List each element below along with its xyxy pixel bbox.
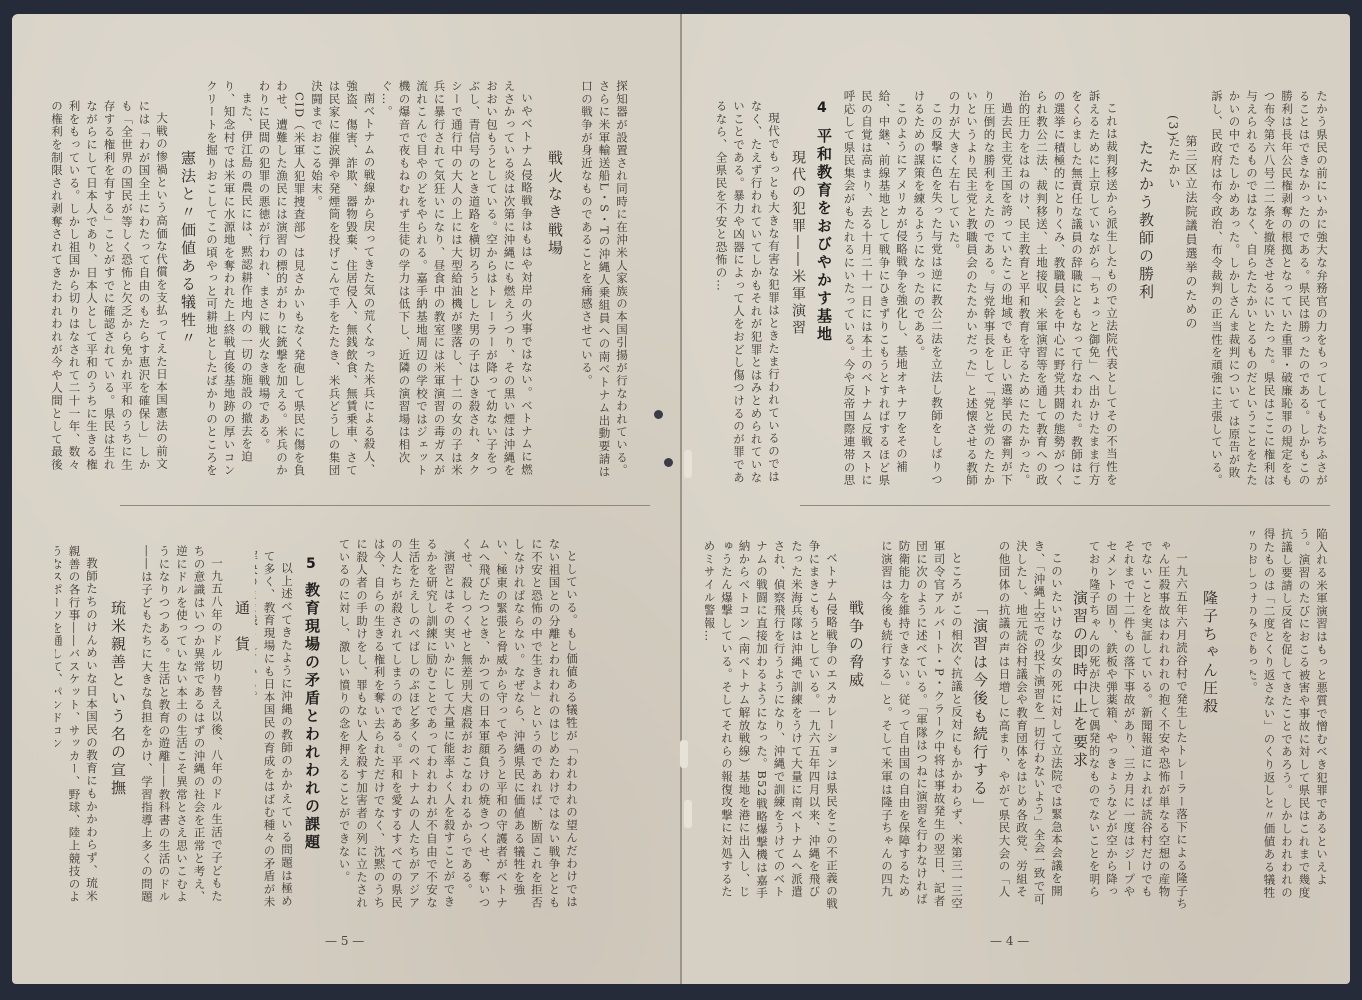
heading-war-threat: 戦争の脅威 <box>846 600 867 690</box>
section-divider <box>120 505 650 506</box>
heading-section-4: 平和教育をおびやかす基地 <box>814 128 835 344</box>
heading-continue-exercise: 「演習は今後も続行する」 <box>970 600 991 816</box>
paragraph: 一九五八年のドル切り替え以後、八年のドル生活で子どもたちの意識はいつか異常である… <box>135 545 225 910</box>
binding-tear <box>684 450 692 478</box>
propaganda-body: 教師たちのけんめいな日本国民の教育にもかかわらず、琉米親善の各行事――バスケット… <box>55 545 100 910</box>
page-number-5: — 5 — <box>325 934 364 948</box>
section-number-5: 5 <box>306 556 316 572</box>
page-number-4: — 4 — <box>990 934 1029 948</box>
heading-teacher-victory: たたかう教師の勝利 <box>1136 140 1157 302</box>
paragraph: 以上述べてきたように沖縄の教師のかかえている問題は極めて多く、教育現場にも日本国… <box>255 550 295 910</box>
paragraph: としている。もし価値ある犠牲が「われわれの望んだわけではない祖国との分離とわれわ… <box>458 538 581 913</box>
page5-bottom-body: としている。もし価値ある犠牲が「われわれの望んだわけではない祖国との分離とわれわ… <box>340 538 580 913</box>
heading-demand-stop: 演習の即時中止を要求 <box>1070 590 1091 770</box>
paragraph: このようにアメリカが侵略戦争を強化し、基地オキナワをその補給、中継、前線基地とし… <box>840 90 910 490</box>
takako-body: 一九六五年六月読谷村で発生したトレーラー落下による隆子ちゃん圧殺事故はわれわれの… <box>1090 540 1190 910</box>
paragraph: 現代でもっとも大きな有害な犯罪はときたま行われているのではなく、たえず行われてい… <box>712 100 782 490</box>
demand-body: このいたいけな少女の死に対して立法院では緊急本会議を開き、「沖縄上空での投下演習… <box>995 540 1065 910</box>
paragraph: また、伊江島の農民には、黙認耕作地内の一切の施設の撤去を迫り、知念村では米軍に水… <box>205 80 255 480</box>
binding-spine <box>680 14 682 984</box>
paragraph: ベトナム侵略戦争のエスカレーションは県民をこの不正義の戦争にまきこもうとしている… <box>705 540 840 910</box>
heading-takako: 隆子ちゃん圧殺 <box>1200 590 1221 716</box>
binding-tear <box>680 740 688 768</box>
constitution-body: 大戦の惨禍という高価な代償を支払ってえた日本国憲法の前文には「わが国全土にわたっ… <box>50 100 170 480</box>
binding-hole <box>654 410 663 419</box>
heading-constitution: 憲法と〃価値ある犠牲〃 <box>178 150 199 348</box>
section-5-body: 以上述べてきたように沖縄の教師のかかえている問題は極めて多く、教育現場にも日本国… <box>255 550 295 910</box>
heading-currency: 通 貨 <box>232 600 253 654</box>
paragraph: このいたいけな少女の死に対して立法院では緊急本会議を開き、「沖縄上空での投下演習… <box>995 540 1065 910</box>
binding-tear <box>684 800 692 828</box>
paragraph: 大戦の惨禍という高価な代償を支払ってえた日本国憲法の前文には「わが国全土にわたっ… <box>50 100 170 480</box>
paragraph: いやベトナム侵略戦争はもはや対岸の火事ではない。ベトナムに燃えさかっている炎は次… <box>378 80 536 480</box>
subsection-subtitle: 第三区立法院議員選挙のためのたたかい <box>1166 135 1200 335</box>
threat-body: ベトナム侵略戦争のエスカレーションは県民をこの不正義の戦争にまきこもうとしている… <box>705 540 840 910</box>
heading-propaganda: 琉米親善という名の宣撫 <box>108 600 129 798</box>
page5-intro-text: 探知器が設置され同時に在沖米人家族の本国引揚が行なわれている。さらに米軍輸送船L… <box>570 80 630 480</box>
page4-subsection3-body: これは裁判移送から派生したもので立法院代表としてその不当性を訴えるために上京して… <box>840 90 1120 490</box>
paragraph: 南ベトナムの戦線から戻ってきた気の荒くなった米兵による殺人、強盗、傷害、詐欺、器… <box>308 80 378 480</box>
paragraph: 演習とはその実いかにして大量に能率よく人を殺すことができるかを研究し訓練に励むこ… <box>340 538 458 913</box>
paragraph: これは裁判移送から派生したもので立法院代表としてその不当性を訴えるために上京して… <box>1015 90 1120 490</box>
paragraph: 一九六五年六月読谷村で発生したトレーラー落下による隆子ちゃん圧殺事故はわれわれの… <box>1090 540 1190 910</box>
heading-battlefield: 戦火なき戦場 <box>545 150 566 258</box>
page4-bottom-intro: 陥入れる米軍演習はもっと悪質で憎むべき犯罪であるといえよう。演習のたびにおこる被… <box>1250 528 1330 908</box>
paragraph: 教師たちのけんめいな日本国民の教育にもかかわらず、琉米親善の各行事――バスケット… <box>55 545 100 910</box>
paragraph: 過去民主党王国を誇っていたこの地域でも正しい選挙民の審判が下り圧倒的な勝利をえた… <box>945 90 1015 490</box>
heading-section-5: 教育現場の矛盾とわれわれの課題 <box>302 582 323 852</box>
section-number-4: 4 <box>817 100 827 116</box>
binding-hole <box>664 458 673 467</box>
subheading-modern-crime: 現代の犯罪――米軍演習 <box>788 150 808 337</box>
currency-body: 一九五八年のドル切り替え以後、八年のドル生活で子どもたちの意識はいつか異常である… <box>135 545 225 910</box>
section-4-body: 現代でもっとも大きな有害な犯罪はときたま行われているのではなく、たえず行われてい… <box>700 100 782 490</box>
paragraph: この反撃に色を失った与党は逆に教公二法を立法し教師をしばりつけるための謀策を練る… <box>910 90 945 490</box>
battlefield-body: いやベトナム侵略戦争はもはや対岸の火事ではない。ベトナムに燃えさかっている炎は次… <box>205 80 535 480</box>
paragraph: ところがこの相次ぐ抗議と反対にもかかわらず、米第三一三空軍司令官アルバート・P・… <box>875 540 965 910</box>
paragraph: CID（米軍人犯罪捜査部）は見さかいもなく発砲して県民に傷を負わせ、遭難した漁民… <box>255 80 308 480</box>
continue-body: ところがこの相次ぐ抗議と反対にもかかわらず、米第三一三空軍司令官アルバート・P・… <box>875 540 965 910</box>
section-divider <box>800 505 1330 506</box>
